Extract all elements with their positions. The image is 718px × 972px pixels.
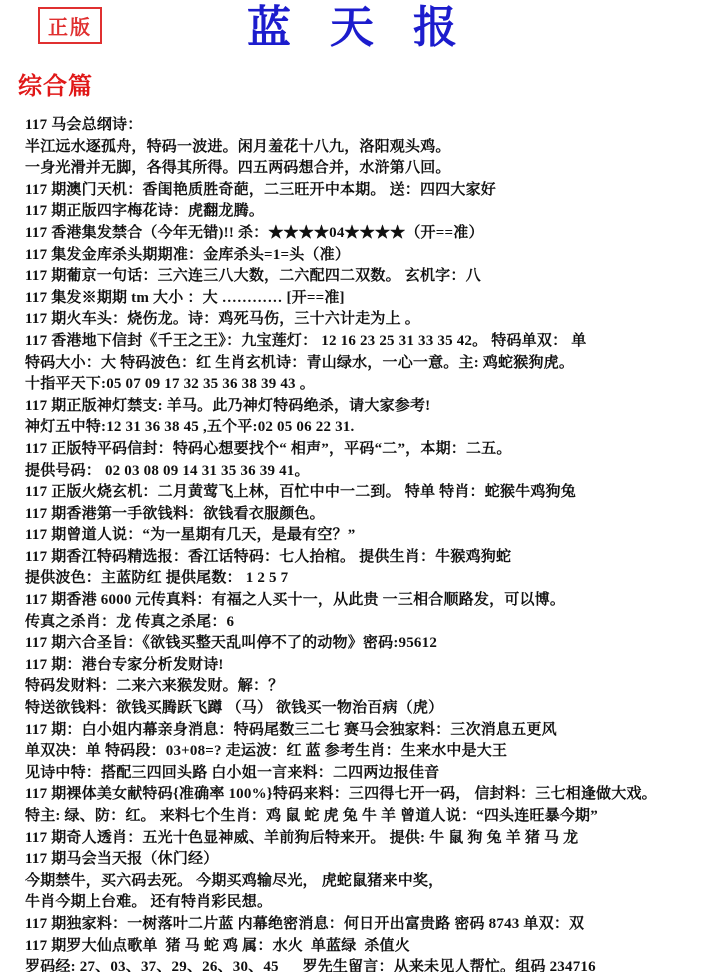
report-line: 半江远水逐孤舟，特码一波进。闲月羞花十八九，洛阳观头鸡。 bbox=[25, 137, 712, 159]
report-line: 117 正版火烧玄机：二月黄莺飞上林，百忙中中一二到。 特单 特肖：蛇猴牛鸡狗兔 bbox=[25, 482, 712, 504]
report-line: 117 期正版四字梅花诗：虎翻龙腾。 bbox=[25, 201, 712, 223]
report-line: 117 期罗大仙点歌单 猪 马 蛇 鸡 属：水火 单蓝绿 杀值火 bbox=[25, 936, 712, 958]
report-line: 117 期马会当天报（休门经） bbox=[25, 849, 712, 871]
report-line: 单双决：单 特码段：03+08=? 走运波：红 蓝 参考生肖：生来水中是大王 bbox=[25, 741, 712, 763]
authentic-badge: 正版 bbox=[38, 7, 102, 44]
report-line: 117 期香港第一手欲钱料：欲钱看衣服颜色。 bbox=[25, 504, 712, 526]
report-line: 117 期正版神灯禁支: 羊马。此乃神灯特码绝杀，请大家参考! bbox=[25, 396, 712, 418]
report-line: 117 期澳门天机：香闺艳质胜奇葩，二三旺开中本期。 送：四四大家好 bbox=[25, 180, 712, 202]
report-line: 罗码经: 27、03、37、29、26、30、45 罗先生留言：从来未见人帮忙。… bbox=[25, 957, 712, 972]
report-line: 117 集发金库杀头期期准：金库杀头=1=头（准） bbox=[25, 245, 712, 267]
report-line: 117 期曾道人说：“为一星期有几天，是最有空？” bbox=[25, 525, 712, 547]
report-line: 117 马会总纲诗： bbox=[25, 115, 712, 137]
report-line: 十指平天下:05 07 09 17 32 35 36 38 39 43 。 bbox=[25, 374, 712, 396]
report-line: 117 集发※期期 tm 大小 ：大 ………… [开==准] bbox=[25, 288, 712, 310]
report-line: 特码发财料：二来六来猴发财。解：？ bbox=[25, 676, 712, 698]
report-line: 117 期：白小姐内幕亲身消息：特码尾数三二七 赛马会独家料：三次消息五更风 bbox=[25, 720, 712, 742]
report-line: 牛肖今期上台难。 还有特肖彩民想。 bbox=[25, 892, 712, 914]
report-line: 特码大小：大 特码波色：红 生肖玄机诗：青山绿水，一心一意。主: 鸡蛇猴狗虎。 bbox=[25, 353, 712, 375]
report-line: 特送欲钱料：欲钱买腾跃飞蹲 （马） 欲钱买一物治百病（虎） bbox=[25, 698, 712, 720]
report-line: 提供波色：主蓝防红 提供尾数： 1 2 5 7 bbox=[25, 568, 712, 590]
report-line: 117 期奇人透肖：五光十色显神威、羊前狗后特来开。 提供: 牛 鼠 狗 兔 羊… bbox=[25, 828, 712, 850]
blue-sky-report-page: 正版 蓝 天 报 综合篇 117 马会总纲诗：半江远水逐孤舟，特码一波进。闲月羞… bbox=[0, 0, 718, 972]
report-lines: 117 马会总纲诗：半江远水逐孤舟，特码一波进。闲月羞花十八九，洛阳观头鸡。一身… bbox=[0, 115, 718, 972]
page-title: 蓝 天 报 bbox=[0, 0, 718, 56]
report-line: 117 期独家料：一树落叶二片蓝 内幕绝密消息：何日开出富贵路 密码 8743 … bbox=[25, 914, 712, 936]
report-line: 神灯五中特:12 31 36 38 45 ,五个平:02 05 06 22 31… bbox=[25, 417, 712, 439]
section-label: 综合篇 bbox=[18, 66, 718, 101]
masthead: 正版 蓝 天 报 bbox=[0, 0, 718, 58]
report-line: 传真之杀肖：龙 传真之杀尾：6 bbox=[25, 612, 712, 634]
report-line: 117 正版特平码信封：特码心想要找个“ 相声”，平码“二”，本期：二五。 bbox=[25, 439, 712, 461]
report-line: 见诗中特：搭配三四回头路 白小姐一言来料：二四两边报佳音 bbox=[25, 763, 712, 785]
report-line: 提供号码： 02 03 08 09 14 31 35 36 39 41。 bbox=[25, 461, 712, 483]
report-line: 117 期火车头：烧伤龙。诗：鸡死马伤，三十六计走为上 。 bbox=[25, 309, 712, 331]
report-line: 117 期香江特码精选报：香江话特码：七人抬棺。 提供生肖：牛猴鸡狗蛇 bbox=[25, 547, 712, 569]
report-line: 一身光滑并无脚，各得其所得。四五两码想合并，水浒第八回。 bbox=[25, 158, 712, 180]
report-line: 117 期：港台专家分析发财诗! bbox=[25, 655, 712, 677]
report-line: 117 香港集发禁合（今年无错)!! 杀：★★★★04★★★★（开==准） bbox=[25, 223, 712, 245]
report-line: 117 期香港 6000 元传真料：有福之人买十一，从此贵 一三相合顺路发，可以… bbox=[25, 590, 712, 612]
report-line: 117 期裸体美女献特码{准确率 100%}特码来料：三四得七开一码， 信封料：… bbox=[25, 784, 712, 806]
report-line: 特主: 绿、防：红。 来料七个生肖：鸡 鼠 蛇 虎 兔 牛 羊 曾道人说：“四头… bbox=[25, 806, 712, 828]
report-line: 今期禁牛，买六码去死。 今期买鸡输尽光， 虎蛇鼠猪来中奖， bbox=[25, 871, 712, 893]
report-line: 117 期六合圣旨：《欲钱买整天乱叫停不了的动物》密码:95612 bbox=[25, 633, 712, 655]
report-line: 117 期葡京一句话：三六连三八大数，二六配四二双数。 玄机字：八 bbox=[25, 266, 712, 288]
report-line: 117 香港地下信封《千王之王》：九宝莲灯： 12 16 23 25 31 33… bbox=[25, 331, 712, 353]
